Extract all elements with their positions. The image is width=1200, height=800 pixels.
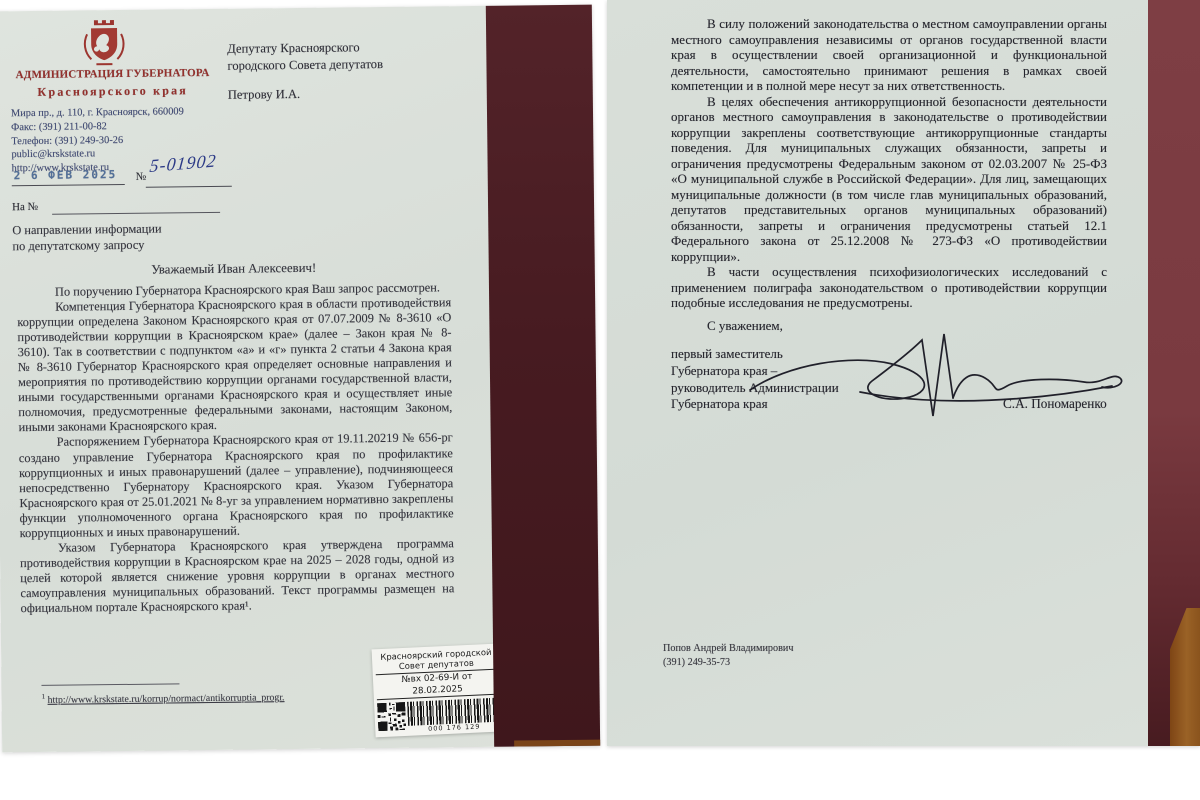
subject-block: О направлении информации по депутатскому… xyxy=(12,222,162,255)
executor-name: Попов Андрей Владимирович xyxy=(663,642,793,656)
footnote-separator xyxy=(41,683,179,686)
body-paragraph: В части осуществления психофизиологическ… xyxy=(671,264,1107,311)
letterhead-org-line2: Красноярского края xyxy=(1,83,225,101)
subject-line: по депутатскому запросу xyxy=(12,237,162,254)
body-paragraph: В целях обеспечения антикоррупционной бе… xyxy=(671,94,1107,265)
address-line: Мира пр., д. 110, г. Красноярск, 660009 xyxy=(11,105,184,121)
footnote-url: http://www.krskstate.ru/korrup/normact/a… xyxy=(48,692,285,706)
number-sign-label: № xyxy=(136,171,147,183)
recipient-line: городского Совета депутатов xyxy=(227,55,435,74)
reg-number-underline xyxy=(146,186,232,188)
letterhead-org-line1: АДМИНИСТРАЦИЯ ГУБЕРНАТОРА xyxy=(0,67,224,82)
reply-to-underline xyxy=(52,212,220,215)
body-paragraph: Компетенция Губернатора Красноярского кр… xyxy=(17,295,453,435)
qr-code-icon xyxy=(377,702,406,731)
letter-page-2: В силу положений законодательства о мест… xyxy=(607,0,1148,746)
footnote: 1 http://www.krskstate.ru/korrup/normact… xyxy=(42,692,285,706)
letter-body-page2: В силу положений законодательства о мест… xyxy=(671,16,1107,311)
letter-page-1: АДМИНИСТРАЦИЯ ГУБЕРНАТОРА Красноярского … xyxy=(0,6,494,753)
leather-folder-background xyxy=(486,5,600,747)
date-stamp: 2 6 ФЕВ 2025 xyxy=(12,168,126,186)
handwritten-reg-number: 5-01902 xyxy=(149,150,218,177)
desk-edge xyxy=(514,740,600,747)
signer-name: С.А. Пономаренко xyxy=(1003,396,1107,412)
letter-body-page1: По поручению Губернатора Красноярского к… xyxy=(17,280,455,616)
reply-to-label: На № xyxy=(12,201,38,213)
scanned-page-1-photo: АДМИНИСТРАЦИЯ ГУБЕРНАТОРА Красноярского … xyxy=(0,5,600,753)
recipient-name: Петрову И.А. xyxy=(228,84,436,103)
registration-sticker: Красноярский городской Совет депутатов №… xyxy=(372,644,504,738)
executor-contact-block: Попов Андрей Владимирович (391) 249-35-7… xyxy=(663,642,793,670)
footnote-marker: 1 xyxy=(42,693,46,701)
krasnoyarsk-coat-of-arms-icon xyxy=(80,16,129,71)
body-paragraph: Указом Губернатора Красноярского края ут… xyxy=(20,536,455,616)
body-paragraph: В силу положений законодательства о мест… xyxy=(671,16,1107,94)
executor-phone: (391) 249-35-73 xyxy=(663,656,793,670)
recipient-block: Депутату Красноярского городского Совета… xyxy=(227,38,436,103)
subject-line: О направлении информации xyxy=(12,222,162,239)
scanned-page-2-photo: В силу положений законодательства о мест… xyxy=(607,0,1200,746)
sticker-reg-number: №вх 02-69-И от 28.02.2025 xyxy=(376,669,499,701)
handwritten-signature xyxy=(740,328,1140,428)
salutation: Уважаемый Иван Алексеевич! xyxy=(17,259,451,279)
body-paragraph: Распоряжением Губернатора Красноярского … xyxy=(19,431,454,541)
